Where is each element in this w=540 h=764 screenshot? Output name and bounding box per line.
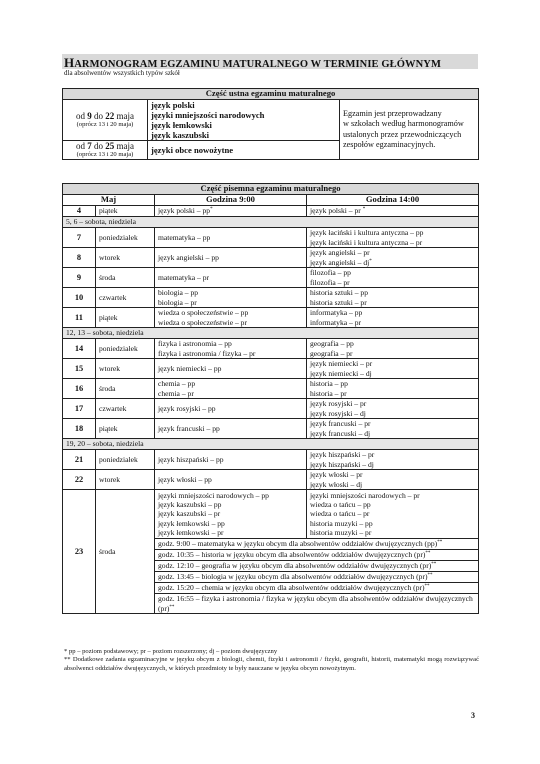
cell-line: język łemkowski – pr (158, 528, 303, 537)
footnote-1: * pp – poziom podstawowy; pr – poziom ro… (64, 648, 479, 656)
written-exam-table: Część pisemna egzaminu maturalnego Maj G… (62, 183, 479, 614)
table-row: 14poniedziałekfizyka i astronomia – ppfi… (63, 339, 479, 359)
oral-date: od 9 do 22 maja(oprócz 13 i 20 maja) (63, 100, 148, 141)
cell-line: biologia – pp (158, 288, 303, 297)
cell-line: geografia – pp (310, 339, 475, 348)
footnote-mark: ** (425, 551, 430, 556)
cell-line: historia – pr (310, 389, 475, 398)
cell-line: język niemiecki – pp (158, 364, 303, 373)
extra-session: godz. 12:10 – geografia w języku obcym d… (155, 561, 479, 572)
day-number: 7 (63, 228, 96, 248)
date-end: 25 (105, 141, 114, 151)
day-number: 9 (63, 268, 96, 288)
oral-info: Egzamin jest przeprowadzanyw szkołach we… (340, 100, 479, 160)
cell-line: zespołów egzaminacyjnych. (343, 140, 475, 151)
cell-line: biologia – pr (158, 298, 303, 307)
weekday: wtorek (96, 470, 155, 490)
day-number: 18 (63, 419, 96, 439)
weekday: wtorek (96, 248, 155, 268)
day-number: 11 (63, 308, 96, 328)
footnote-mark: ** (428, 573, 433, 578)
day-number: 15 (63, 359, 96, 379)
cell-line: język rosyjski – pp (158, 404, 303, 413)
written-header: Część pisemna egzaminu maturalnego (63, 184, 479, 195)
session-14: języki mniejszości narodowych – prwiedza… (307, 490, 479, 539)
table-row: 22wtorekjęzyk włoski – ppjęzyk włoski – … (63, 470, 479, 490)
day-number: 16 (63, 379, 96, 399)
table-row: 18piątekjęzyk francuski – ppjęzyk francu… (63, 419, 479, 439)
cell-line: matematyka – pr (158, 273, 303, 282)
weekday: piątek (96, 419, 155, 439)
cell-line: filozofia – pp (310, 268, 475, 277)
oral-subjects: języki obce nowożytne (148, 141, 340, 160)
session-14: geografia – ppgeografia – pr (307, 339, 479, 359)
table-row: 16środachemia – ppchemia – prhistoria – … (63, 379, 479, 399)
cell-line: historia muzyki – pr (310, 528, 475, 537)
cell-line: matematyka – pp (158, 233, 303, 242)
session-9: język włoski – pp (155, 470, 307, 490)
day-number: 4 (63, 206, 96, 217)
extra-session: godz. 16:55 – fizyka i astronomia / fizy… (155, 594, 479, 614)
oral-header: Część ustna egzaminu maturalnego (63, 89, 479, 100)
cell-line: język polski – pp* (158, 206, 303, 215)
cell-line: język niemiecki – dj (310, 369, 475, 378)
table-row: 23środajęzyki mniejszości narodowych – p… (63, 490, 479, 539)
cell-line: chemia – pr (158, 389, 303, 398)
weekday: poniedziałek (96, 450, 155, 470)
cell-line: w szkołach według harmonogramów (343, 119, 475, 130)
cell-line: geografia – pr (310, 349, 475, 358)
session-9: język niemiecki – pp (155, 359, 307, 379)
table-row: 15wtorekjęzyk niemiecki – ppjęzyk niemie… (63, 359, 479, 379)
weekday: piątek (96, 308, 155, 328)
weekday: środa (96, 490, 155, 614)
session-14: język łaciński i kultura antyczna – ppję… (307, 228, 479, 248)
cell-line: język francuski – dj (310, 429, 475, 438)
session-9: biologia – ppbiologia – pr (155, 288, 307, 308)
table-row: 7poniedziałekmatematyka – ppjęzyk łacińs… (63, 228, 479, 248)
weekday: poniedziałek (96, 228, 155, 248)
cell-line: języki mniejszości narodowych – pr (310, 491, 475, 500)
session-14: język hiszpański – prjęzyk hiszpański – … (307, 450, 479, 470)
cell-line: język niemiecki – pr (310, 359, 475, 368)
date-start: 9 (87, 111, 92, 121)
table-row: 17czwartekjęzyk rosyjski – ppjęzyk rosyj… (63, 399, 479, 419)
cell-line: informatyka – pr (310, 318, 475, 327)
weekend-row: 12, 13 – sobota, niedziela (63, 328, 479, 339)
cell-line: język łaciński i kultura antyczna – pr (310, 238, 475, 247)
weekend-row: 19, 20 – sobota, niedziela (63, 439, 479, 450)
title-initial: H (64, 55, 74, 70)
cell-line: języki mniejszości narodowych – pp (158, 491, 303, 500)
session-14: historia – pphistoria – pr (307, 379, 479, 399)
session-14: język rosyjski – prjęzyk rosyjski – dj (307, 399, 479, 419)
cell-line: język hiszpański – dj (310, 460, 475, 469)
cell-line: historia sztuki – pr (310, 298, 475, 307)
cell-line: język francuski – pr (310, 419, 475, 428)
extra-session: godz. 9:00 – matematyka w języku obcym d… (155, 539, 479, 550)
footnote-mark: ** (425, 584, 430, 589)
day-number: 22 (63, 470, 96, 490)
oral-exam-table: Część ustna egzaminu maturalnego od 9 do… (62, 88, 479, 160)
date-end: 22 (105, 111, 114, 121)
weekday: środa (96, 379, 155, 399)
cell-line: język kaszubski – pr (158, 509, 303, 518)
extra-session: godz. 13:45 – biologia w języku obcym dl… (155, 572, 479, 583)
cell-line: język angielski – dj* (310, 258, 475, 267)
session-9: język polski – pp* (155, 206, 307, 217)
footnote-mark: ** (437, 540, 442, 545)
footnote-mark: ** (169, 605, 174, 610)
table-row: 10czwartekbiologia – ppbiologia – prhist… (63, 288, 479, 308)
session-9: język francuski – pp (155, 419, 307, 439)
cell-line: wiedza o społeczeństwie – pp (158, 308, 303, 317)
cell-line: chemia – pp (158, 379, 303, 388)
session-9: język angielski – pp (155, 248, 307, 268)
footnote-mark: * (363, 207, 366, 212)
table-row: 8wtorekjęzyk angielski – ppjęzyk angiels… (63, 248, 479, 268)
footnote-mark: ** (431, 562, 436, 567)
session-9: wiedza o społeczeństwie – ppwiedza o spo… (155, 308, 307, 328)
session-14: język francuski – prjęzyk francuski – dj (307, 419, 479, 439)
weekday: środa (96, 268, 155, 288)
session-9: chemia – ppchemia – pr (155, 379, 307, 399)
session-9: matematyka – pp (155, 228, 307, 248)
session-14: język angielski – prjęzyk angielski – dj… (307, 248, 479, 268)
cell-line: język włoski – dj (310, 480, 475, 489)
footnote-mark: * (369, 259, 372, 264)
cell-line: ustalonych przez przewodniczących (343, 130, 475, 141)
cell-line: język łemkowski (151, 120, 336, 130)
cell-line: język łemkowski – pp (158, 519, 303, 528)
session-9: język hiszpański – pp (155, 450, 307, 470)
table-row: 4piątekjęzyk polski – pp*język polski – … (63, 206, 479, 217)
cell-line: historia – pp (310, 379, 475, 388)
day-number: 23 (63, 490, 96, 614)
cell-line: wiedza o tańcu – pr (310, 509, 475, 518)
footnote-2: ** Dodatkowe zadania egzaminacyjne w jęz… (64, 656, 479, 673)
session-14: język niemiecki – prjęzyk niemiecki – dj (307, 359, 479, 379)
oral-row: od 9 do 22 maja(oprócz 13 i 20 maja)języ… (63, 100, 479, 141)
weekday: poniedziałek (96, 339, 155, 359)
cell-line: języki obce nowożytne (151, 145, 336, 155)
cell-line: język polski (151, 100, 336, 110)
cell-line: język hiszpański – pr (310, 450, 475, 459)
date-note: (oprócz 13 i 20 maja) (66, 121, 144, 129)
table-row: 11piątekwiedza o społeczeństwie – ppwied… (63, 308, 479, 328)
cell-line: język rosyjski – pr (310, 399, 475, 408)
weekend-label: 5, 6 – sobota, niedziela (63, 217, 479, 228)
cell-line: język włoski – pp (158, 475, 303, 484)
extra-session: godz. 10:35 – historia w języku obcym dl… (155, 550, 479, 561)
col-9: Godzina 9:00 (155, 195, 307, 206)
cell-line: język kaszubski – pp (158, 500, 303, 509)
weekend-row: 5, 6 – sobota, niedziela (63, 217, 479, 228)
cell-line: filozofia – pr (310, 278, 475, 287)
day-number: 10 (63, 288, 96, 308)
cell-line: informatyka – pp (310, 308, 475, 317)
weekday: czwartek (96, 399, 155, 419)
oral-subjects: język polskijęzyki mniejszości narodowyc… (148, 100, 340, 141)
session-14: informatyka – ppinformatyka – pr (307, 308, 479, 328)
date-note: (oprócz 13 i 20 maja) (66, 151, 144, 159)
cell-line: języki mniejszości narodowych (151, 110, 336, 120)
weekday: piątek (96, 206, 155, 217)
day-number: 21 (63, 450, 96, 470)
footnote-mark: * (210, 207, 213, 212)
day-number: 8 (63, 248, 96, 268)
day-number: 14 (63, 339, 96, 359)
cell-line: historia sztuki – pp (310, 288, 475, 297)
cell-line: język kaszubski (151, 130, 336, 140)
cell-line: fizyka i astronomia / fizyka – pr (158, 349, 303, 358)
cell-line: wiedza o społeczeństwie – pr (158, 318, 303, 327)
col-14: Godzina 14:00 (307, 195, 479, 206)
extra-session: godz. 15:20 – chemia w języku obcym dla … (155, 583, 479, 594)
session-14: język polski – pr * (307, 206, 479, 217)
session-9: język rosyjski – pp (155, 399, 307, 419)
cell-line: fizyka i astronomia – pp (158, 339, 303, 348)
session-9: matematyka – pr (155, 268, 307, 288)
oral-date: od 7 do 25 maja(oprócz 13 i 20 maja) (63, 141, 148, 160)
session-9: języki mniejszości narodowych – ppjęzyk … (155, 490, 307, 539)
day-number: 17 (63, 399, 96, 419)
cell-line: historia muzyki – pp (310, 519, 475, 528)
col-month: Maj (63, 195, 155, 206)
date-start: 7 (87, 141, 92, 151)
cell-line: język łaciński i kultura antyczna – pp (310, 228, 475, 237)
cell-line: język rosyjski – dj (310, 409, 475, 418)
table-row: 9środamatematyka – prfilozofia – ppfiloz… (63, 268, 479, 288)
weekend-label: 19, 20 – sobota, niedziela (63, 439, 479, 450)
cell-line: język hiszpański – pp (158, 455, 303, 464)
page-number: 3 (471, 711, 475, 720)
weekend-label: 12, 13 – sobota, niedziela (63, 328, 479, 339)
page-subtitle: dla absolwentów wszystkich typów szkół (64, 69, 180, 77)
cell-line: język polski – pr * (310, 206, 475, 215)
weekday: wtorek (96, 359, 155, 379)
table-row: 21poniedziałekjęzyk hiszpański – ppjęzyk… (63, 450, 479, 470)
cell-line: język francuski – pp (158, 424, 303, 433)
footnotes: * pp – poziom podstawowy; pr – poziom ro… (64, 648, 479, 673)
session-14: historia sztuki – pphistoria sztuki – pr (307, 288, 479, 308)
cell-line: język włoski – pr (310, 470, 475, 479)
session-9: fizyka i astronomia – ppfizyka i astrono… (155, 339, 307, 359)
cell-line: język angielski – pr (310, 248, 475, 257)
cell-line: Egzamin jest przeprowadzany (343, 109, 475, 120)
session-14: filozofia – ppfilozofia – pr (307, 268, 479, 288)
weekday: czwartek (96, 288, 155, 308)
cell-line: język angielski – pp (158, 253, 303, 262)
session-14: język włoski – prjęzyk włoski – dj (307, 470, 479, 490)
cell-line: wiedza o tańcu – pp (310, 500, 475, 509)
